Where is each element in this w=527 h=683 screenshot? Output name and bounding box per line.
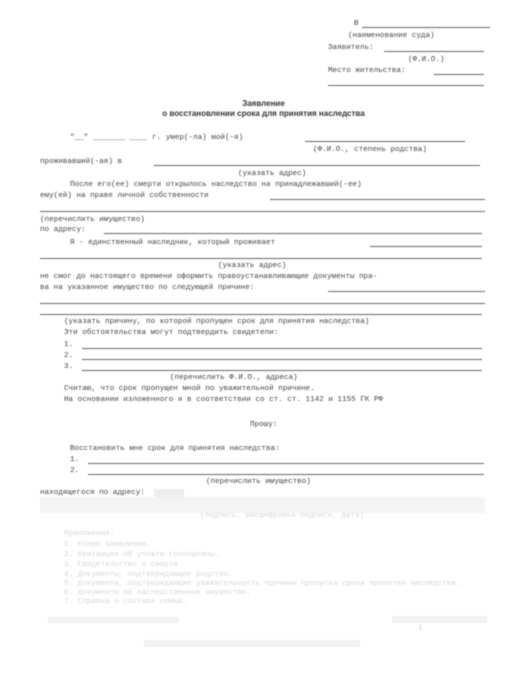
request-item-2-label: 2. <box>70 467 79 477</box>
heir-address-field-2[interactable] <box>40 258 482 259</box>
property-address-field[interactable] <box>104 233 482 234</box>
request-line: Восстановить мне срок для принятия насле… <box>70 445 280 455</box>
applicant-field[interactable] <box>384 51 484 52</box>
attachments-heading: Приложения: <box>64 530 114 540</box>
property-field[interactable] <box>270 199 485 200</box>
redacted-line <box>40 497 485 505</box>
para4-line1: (указать причину, по которой пропущен ср… <box>64 318 369 328</box>
resided-label: проживавший(-ая) в <box>40 158 122 168</box>
fio-caption: (Ф.И.О., степень родства) <box>313 146 427 156</box>
court-caption: (наименование суда) <box>348 32 435 42</box>
footer-rule <box>48 617 178 623</box>
attachment-item: 2. Квитанция об уплате госпошлины. <box>64 551 219 561</box>
para3-line1: не смог до настоящего времени оформить п… <box>40 273 377 283</box>
document-title: Заявление <box>0 99 527 108</box>
applicant-label: Заявитель: <box>328 44 374 54</box>
document-subtitle: о восстановлении срока для принятия насл… <box>0 109 527 118</box>
page-number: 1 <box>418 624 423 634</box>
attachment-item: 7. Справка о составе семьи. <box>64 598 187 608</box>
redacted-block <box>154 489 184 497</box>
address-caption-2: (указать адрес) <box>218 262 286 272</box>
residence-field[interactable] <box>434 74 484 75</box>
para4-line2: Эти обстоятельства могут подтвердить сви… <box>64 329 278 339</box>
resided-field[interactable] <box>154 165 480 166</box>
residence-field-2[interactable] <box>328 85 484 86</box>
court-prefix: В <box>354 20 359 30</box>
witness-1-label: 1. <box>64 341 73 351</box>
reason-field-3[interactable] <box>40 314 482 315</box>
witness-caption: (перечислить Ф.И.О., адреса) <box>170 374 298 384</box>
witness-3-field[interactable] <box>82 370 482 371</box>
reason-field-2[interactable] <box>40 303 485 304</box>
request-item-1-field[interactable] <box>88 463 484 464</box>
witness-1-field[interactable] <box>82 348 482 349</box>
para5-line1: Считаю, что срок пропущен мной по уважит… <box>64 385 315 395</box>
para3-line2: ва на указанное имущество по следующей п… <box>40 284 254 294</box>
para2: Я - единственный наследник, который прож… <box>70 239 275 249</box>
para1-line2: ему(ей) на праве личной собственности <box>40 192 209 202</box>
request-item-1-label: 1. <box>70 456 79 466</box>
deceased-field[interactable] <box>305 141 465 142</box>
property-field-2[interactable] <box>40 211 485 212</box>
request-item-2-field[interactable] <box>88 474 484 475</box>
footer-rule-right <box>392 616 487 623</box>
applicant-caption: (Ф.И.О.) <box>408 56 444 66</box>
witness-2-field[interactable] <box>82 359 482 360</box>
attachment-item: 3. Свидетельство о смерти. <box>64 561 182 571</box>
para1-line1: После его(ее) смерти открылось наследств… <box>70 181 362 191</box>
property-caption: (перечислить имущество) <box>40 216 145 226</box>
attachment-item: 1. Копия заявления. <box>64 541 151 551</box>
court-field[interactable] <box>362 27 490 28</box>
para5-line2: На основании изложенного и в соответстви… <box>64 396 383 406</box>
reason-field[interactable] <box>328 291 485 292</box>
request-caption: (перечислить имущество) <box>206 478 311 488</box>
residence-label: Место жительства: <box>328 67 405 77</box>
witness-2-label: 2. <box>64 352 73 362</box>
signature-caption: (подпись, расшифровка подписи, дата) <box>200 512 364 522</box>
witness-3-label: 3. <box>64 363 73 373</box>
document-page: В (наименование суда) Заявитель: (Ф.И.О.… <box>0 0 527 683</box>
heir-address-field[interactable] <box>370 246 482 247</box>
footer-note <box>144 640 360 647</box>
address-caption: (указать адрес) <box>238 170 306 180</box>
address-label: по адресу: <box>40 226 86 236</box>
request-heading: Прошу: <box>250 421 277 431</box>
date-line: "__" _______ ____ г. умер(-ла) мой(-я) <box>70 134 243 144</box>
